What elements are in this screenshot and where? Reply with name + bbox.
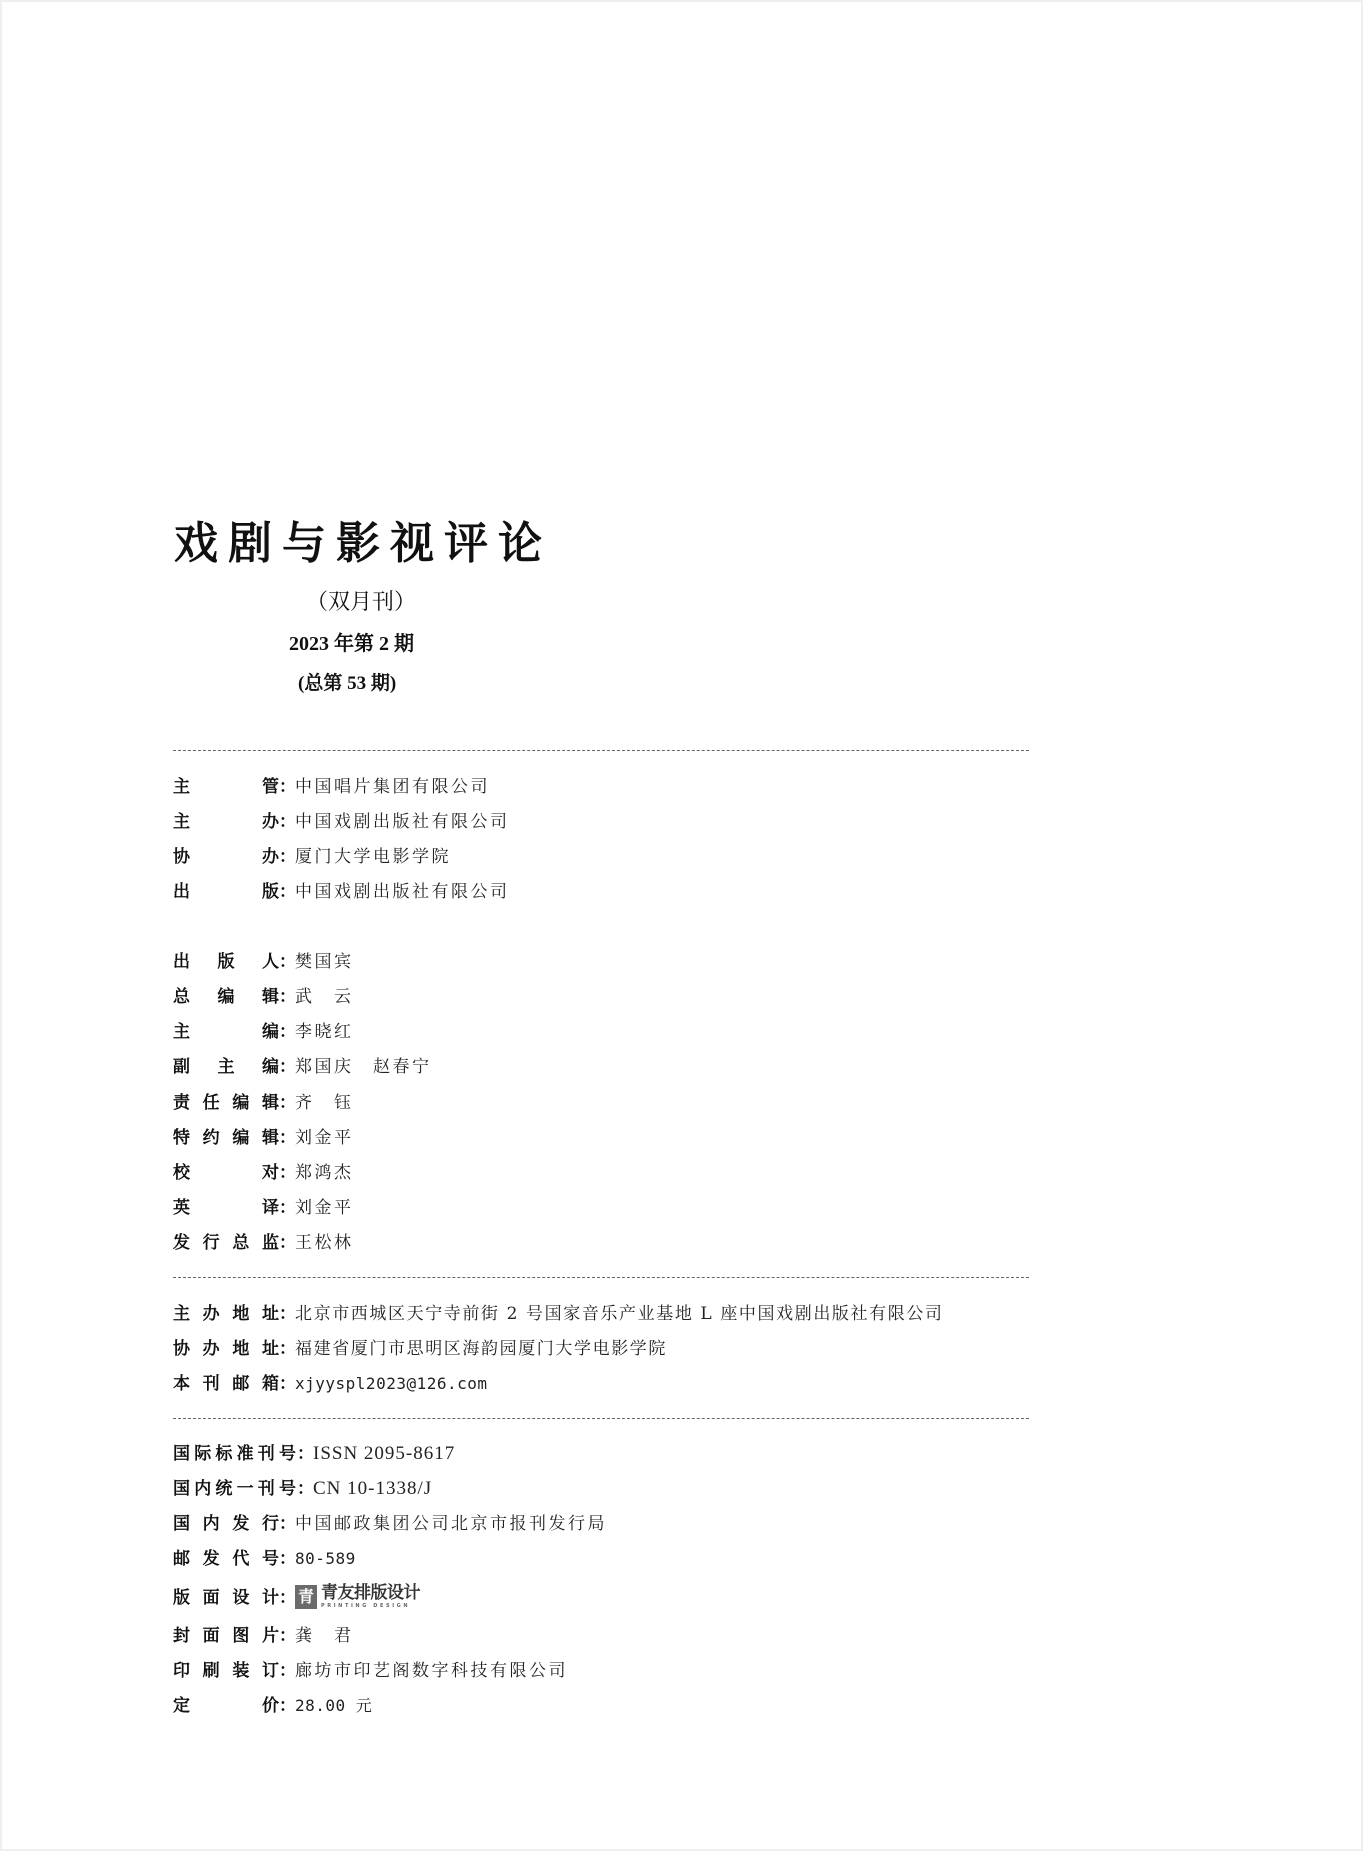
row-value: ISSN 2095-8617 xyxy=(313,1442,455,1466)
row-label: 出版 xyxy=(173,880,279,904)
row-label: 责任编辑 xyxy=(173,1091,279,1115)
colon: ： xyxy=(297,1477,313,1501)
row-value: 郑国庆 赵春宁 xyxy=(295,1055,432,1079)
colon: ： xyxy=(279,880,295,904)
colon: ： xyxy=(279,985,295,1009)
sponsor-row-publisher: 出版：中国戏剧出版社有限公司 xyxy=(173,880,510,904)
staff-row: 主编：李晓红 xyxy=(173,1020,354,1044)
row-value: 中国戏剧出版社有限公司 xyxy=(295,880,510,904)
row-value: 80-589 xyxy=(295,1547,356,1571)
row-label: 协办地址 xyxy=(173,1337,279,1361)
divider xyxy=(173,1418,1029,1419)
row-value: 刘金平 xyxy=(295,1196,354,1220)
staff-row: 特约编辑：刘金平 xyxy=(173,1126,354,1150)
contact-row-cohost-address: 协办地址：福建省厦门市思明区海韵园厦门大学电影学院 xyxy=(173,1337,667,1361)
colon: ： xyxy=(279,1196,295,1220)
pub-row-price: 定价：28.00 元 xyxy=(173,1694,372,1718)
staff-row: 总编辑：武 云 xyxy=(173,985,354,1009)
logo-name: 青友排版设计 xyxy=(321,1583,420,1603)
row-value: 中国唱片集团有限公司 xyxy=(295,775,490,799)
row-value: 武 云 xyxy=(295,985,354,1009)
row-label: 发行总监 xyxy=(173,1231,279,1255)
colon: ： xyxy=(279,1126,295,1150)
pub-row-cn: 国内统一刊号：CN 10-1338/J xyxy=(173,1477,432,1501)
staff-row: 发行总监：王松林 xyxy=(173,1231,354,1255)
colon: ： xyxy=(279,1020,295,1044)
row-value: CN 10-1338/J xyxy=(313,1477,432,1501)
pub-row-issn: 国际标准刊号：ISSN 2095-8617 xyxy=(173,1442,455,1466)
row-label: 校对 xyxy=(173,1161,279,1185)
divider xyxy=(173,1277,1029,1278)
journal-title: 戏剧与影视评论 xyxy=(174,514,552,574)
logo-mark-icon: 青 xyxy=(295,1585,317,1609)
sponsor-row-supervisor: 主管：中国唱片集团有限公司 xyxy=(173,775,490,799)
colon: ： xyxy=(279,1055,295,1079)
publication-frequency: （双月刊） xyxy=(306,588,416,616)
colon: ： xyxy=(279,1302,295,1326)
row-value: 李晓红 xyxy=(295,1020,354,1044)
row-label: 封面图片 xyxy=(173,1624,279,1648)
design-studio-logo: 青 青友排版设计 PRINTING DESIGN xyxy=(295,1583,420,1610)
colon: ： xyxy=(279,950,295,974)
row-value: 郑鸿杰 xyxy=(295,1161,354,1185)
row-value: 廊坊市印艺阁数字科技有限公司 xyxy=(295,1659,568,1683)
row-value: 龚 君 xyxy=(295,1624,354,1648)
staff-row: 责任编辑：齐 钰 xyxy=(173,1091,354,1115)
row-label: 邮发代号 xyxy=(173,1547,279,1571)
row-label: 主编 xyxy=(173,1020,279,1044)
row-label: 出版人 xyxy=(173,950,279,974)
pub-row-postal-code: 邮发代号：80-589 xyxy=(173,1547,356,1571)
row-value: 28.00 元 xyxy=(295,1694,372,1718)
row-label: 定价 xyxy=(173,1694,279,1718)
divider xyxy=(173,750,1029,751)
colon: ： xyxy=(279,1091,295,1115)
colon: ： xyxy=(279,1231,295,1255)
colon: ： xyxy=(279,1659,295,1683)
colon: ： xyxy=(279,1512,295,1536)
staff-row: 校对：郑鸿杰 xyxy=(173,1161,354,1185)
sponsor-row-host: 主办：中国戏剧出版社有限公司 xyxy=(173,810,510,834)
row-label: 国内发行 xyxy=(173,1512,279,1536)
row-label: 印刷装订 xyxy=(173,1659,279,1683)
row-value: 王松林 xyxy=(295,1231,354,1255)
pub-row-distribution: 国内发行：中国邮政集团公司北京市报刊发行局 xyxy=(173,1512,607,1536)
pub-row-printing: 印刷装订：廊坊市印艺阁数字科技有限公司 xyxy=(173,1659,568,1683)
staff-row: 出版人：樊国宾 xyxy=(173,950,354,974)
row-label: 协办 xyxy=(173,845,279,869)
colon: ： xyxy=(279,1624,295,1648)
row-value: 刘金平 xyxy=(295,1126,354,1150)
row-label: 国内统一刊号 xyxy=(173,1477,297,1501)
row-label: 总编辑 xyxy=(173,985,279,1009)
colon: ： xyxy=(297,1442,313,1466)
row-value: 樊国宾 xyxy=(295,950,354,974)
colon: ： xyxy=(279,1547,295,1571)
email-link[interactable]: xjyyspl2023@126.com xyxy=(295,1372,488,1396)
row-value: 中国邮政集团公司北京市报刊发行局 xyxy=(295,1512,607,1536)
colon: ： xyxy=(279,1161,295,1185)
row-label: 版面设计 xyxy=(173,1586,279,1610)
contact-row-email: 本刊邮箱：xjyyspl2023@126.com xyxy=(173,1372,488,1396)
colon: ： xyxy=(279,845,295,869)
staff-row: 英译：刘金平 xyxy=(173,1196,354,1220)
row-label: 本刊邮箱 xyxy=(173,1372,279,1396)
logo-tagline: PRINTING DESIGN xyxy=(321,1603,420,1610)
contact-row-host-address: 主办地址：北京市西城区天宁寺前街 2 号国家音乐产业基地 L 座中国戏剧出版社有… xyxy=(173,1302,944,1326)
colophon-page: 戏剧与影视评论 （双月刊） 2023 年第 2 期 (总第 53 期) 主管：中… xyxy=(0,0,1363,1851)
row-label: 副主编 xyxy=(173,1055,279,1079)
colon: ： xyxy=(279,1586,295,1610)
row-value: 福建省厦门市思明区海韵园厦门大学电影学院 xyxy=(295,1337,667,1361)
row-label: 主办 xyxy=(173,810,279,834)
colon: ： xyxy=(279,810,295,834)
issue-number: 2023 年第 2 期 xyxy=(289,630,414,658)
pub-row-cover-photo: 封面图片：龚 君 xyxy=(173,1624,354,1648)
row-value: 中国戏剧出版社有限公司 xyxy=(295,810,510,834)
sponsor-row-cohost: 协办：厦门大学电影学院 xyxy=(173,845,451,869)
colon: ： xyxy=(279,1337,295,1361)
row-label: 特约编辑 xyxy=(173,1126,279,1150)
row-label: 国际标准刊号 xyxy=(173,1442,297,1466)
row-value: 北京市西城区天宁寺前街 2 号国家音乐产业基地 L 座中国戏剧出版社有限公司 xyxy=(295,1302,944,1326)
row-value: 齐 钰 xyxy=(295,1091,354,1115)
colon: ： xyxy=(279,775,295,799)
colon: ： xyxy=(279,1694,295,1718)
row-label: 主管 xyxy=(173,775,279,799)
colon: ： xyxy=(279,1372,295,1396)
row-value: 厦门大学电影学院 xyxy=(295,845,451,869)
row-label: 主办地址 xyxy=(173,1302,279,1326)
row-label: 英译 xyxy=(173,1196,279,1220)
staff-row: 副主编：郑国庆 赵春宁 xyxy=(173,1055,432,1079)
total-issue-number: (总第 53 期) xyxy=(298,670,396,698)
pub-row-layout-design: 版面设计： 青 青友排版设计 PRINTING DESIGN xyxy=(173,1586,420,1610)
